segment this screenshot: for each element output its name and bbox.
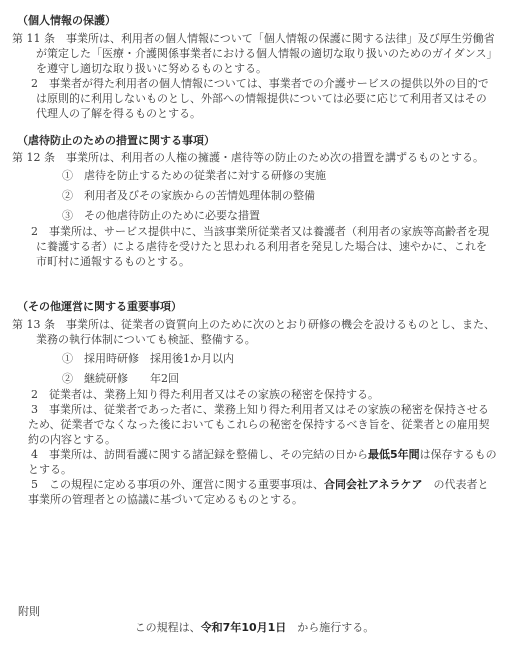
article-13-paragraph-2: 2 従業者は、業務上知り得た利用者又はその家族の秘密を保持する。 xyxy=(0,387,497,402)
paragraph-4-text: 4 事業所は、訪問看護に関する諸記録を整備し、その完結の日から xyxy=(31,448,368,461)
effective-date-text-end: から施行する。 xyxy=(286,621,374,634)
article-12-item-3: ③ その他虐待防止のために必要な措置 xyxy=(0,208,497,223)
effective-date-text: この規程は、 xyxy=(135,621,201,634)
effective-date-line: この規程は、令和7年10月1日 から施行する。 xyxy=(0,620,509,635)
article-13-paragraph-3: 3 事業所は、従業者であった者に、業務上知り得た利用者又はその家族の秘密を保持さ… xyxy=(0,402,497,447)
section-heading-abuse-prevention: （虐待防止のための措置に関する事項） xyxy=(0,133,497,148)
article-12-item-1: ① 虐待を防止するための従業者に対する研修の実施 xyxy=(0,168,497,183)
section-heading-personal-info: （個人情報の保護） xyxy=(0,13,497,28)
article-13-item-2: ② 継続研修 年2回 xyxy=(0,371,497,386)
retention-period-bold: 最低5年間 xyxy=(368,448,420,461)
article-13-paragraph-5: 5 この規程に定める事項の外、運営に関する重要事項は、合同会社アネラケア の代表… xyxy=(0,477,497,507)
section-heading-other-operations: （その他運営に関する重要事項） xyxy=(0,299,497,314)
paragraph-5-text: 5 この規程に定める事項の外、運営に関する重要事項は、 xyxy=(31,478,324,491)
effective-date-bold: 令和7年10月1日 xyxy=(201,621,287,634)
document-page: （個人情報の保護） 第 11 条 事業所は、利用者の個人情報について「個人情報の… xyxy=(0,0,509,648)
article-11-paragraph-2: 2 事業者が得た利用者の個人情報については、事業者での介護サービスの提供以外の目… xyxy=(0,76,497,121)
article-12-paragraph-1: 第 12 条 事業所は、利用者の人権の擁護・虐待等の防止のため次の措置を講ずるも… xyxy=(0,150,497,165)
supplement-label: 附則 xyxy=(18,604,40,619)
article-13-item-1: ① 採用時研修 採用後1か月以内 xyxy=(0,351,497,366)
article-12-item-2: ② 利用者及びその家族からの苦情処理体制の整備 xyxy=(0,188,497,203)
company-name-bold: 合同会社アネラケア xyxy=(324,478,423,491)
article-13-paragraph-4: 4 事業所は、訪問看護に関する諸記録を整備し、その完結の日から最低5年間は保存す… xyxy=(0,447,497,477)
article-13-paragraph-1: 第 13 条 事業所は、従業者の資質向上のために次のとおり研修の機会を設けるもの… xyxy=(0,317,497,347)
article-12-paragraph-2: 2 事業所は、サービス提供中に、当該事業所従業者又は養護者（利用者の家族等高齢者… xyxy=(0,224,497,269)
article-11-paragraph-1: 第 11 条 事業所は、利用者の個人情報について「個人情報の保護に関する法律」及… xyxy=(0,31,497,76)
